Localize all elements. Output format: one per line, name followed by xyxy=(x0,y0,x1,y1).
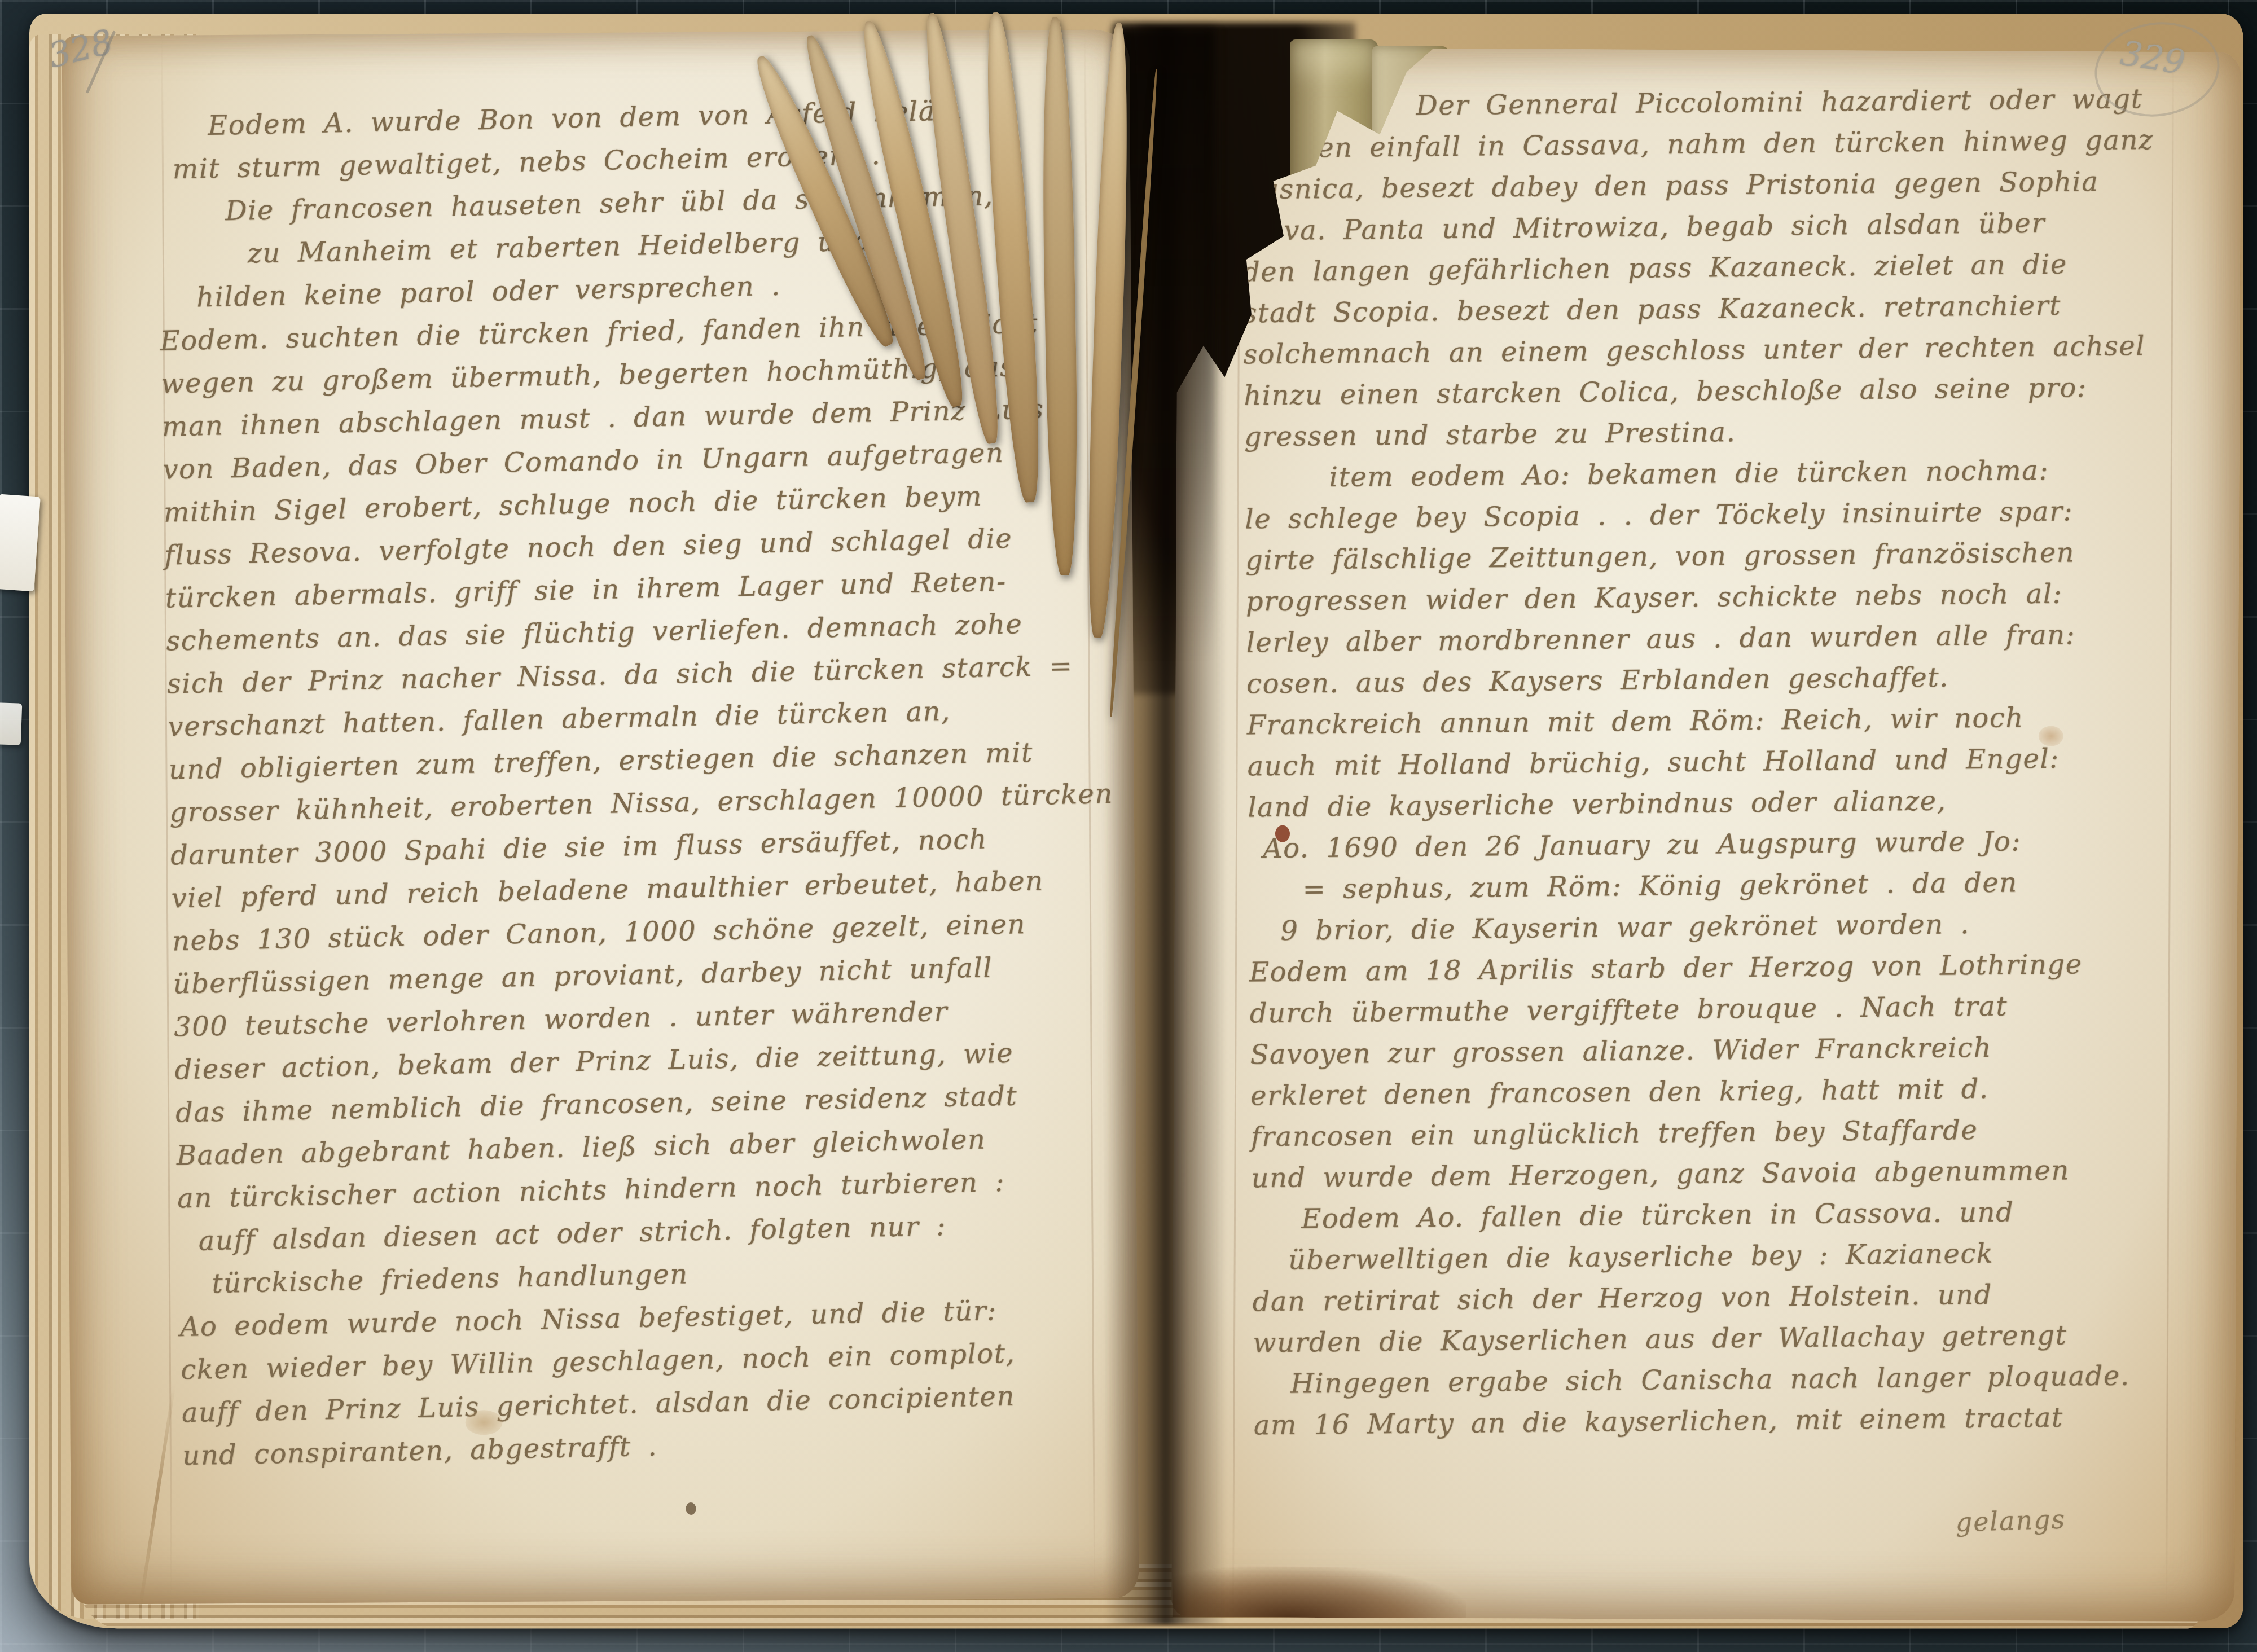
manuscript-photo-scene: Eodem A. wurde Bon von dem von Asfeld be… xyxy=(0,0,2257,1652)
foxing-stain xyxy=(2039,726,2063,746)
ink-spot xyxy=(686,1502,696,1515)
red-stain xyxy=(1275,825,1290,842)
manuscript-line: am 16 Marty an die kayserlichen, mit ein… xyxy=(1253,1396,2224,1447)
right-page-text: Der Genneral Piccolomini hazardiert oder… xyxy=(1241,78,2224,1446)
catchword: gelangs xyxy=(1955,1504,2066,1537)
foxing-stain xyxy=(465,1410,502,1435)
bookmark-slip xyxy=(0,494,41,592)
right-page: Der Genneral Piccolomini hazardiert oder… xyxy=(1171,47,2241,1622)
left-page-text: Eodem A. wurde Bon von dem von Asfeld be… xyxy=(155,86,1141,1478)
bookmark-slip-small xyxy=(0,702,22,745)
